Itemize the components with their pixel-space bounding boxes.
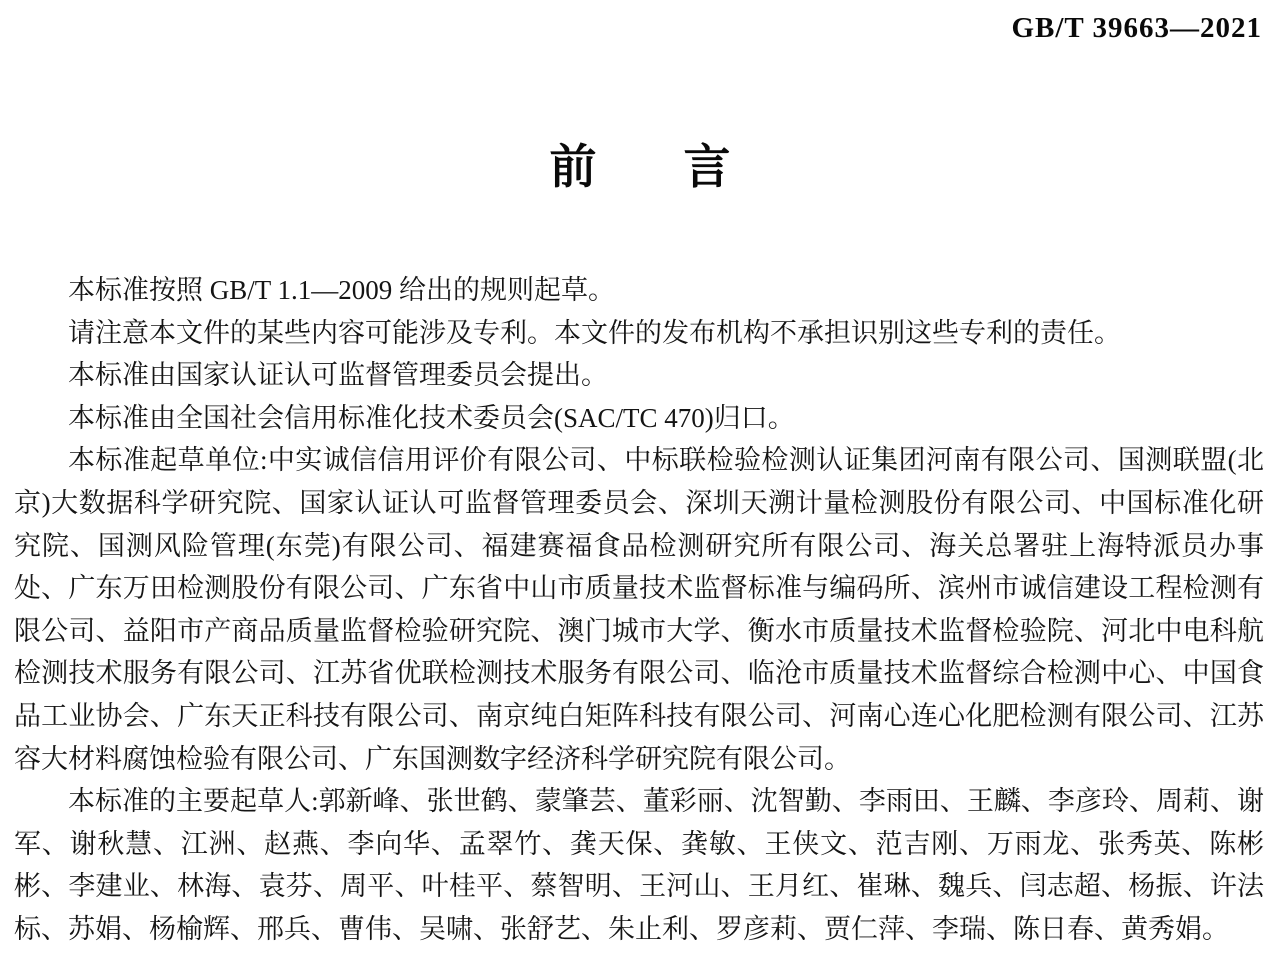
foreword-body: 本标准按照 GB/T 1.1—2009 给出的规则起草。 请注意本文件的某些内容…	[0, 269, 1280, 951]
standard-number-header: GB/T 39663—2021	[0, 0, 1280, 45]
paragraph-drafting-rules: 本标准按照 GB/T 1.1—2009 给出的规则起草。	[14, 269, 1264, 312]
standard-document-page: GB/T 39663—2021 前言 本标准按照 GB/T 1.1—2009 给…	[0, 0, 1280, 975]
paragraph-patent-notice: 请注意本文件的某些内容可能涉及专利。本文件的发布机构不承担识别这些专利的责任。	[14, 312, 1264, 355]
paragraph-drafting-organizations: 本标准起草单位:中实诚信信用评价有限公司、中标联检验检测认证集团河南有限公司、国…	[14, 439, 1264, 780]
foreword-title: 前言	[550, 137, 818, 197]
foreword-title-container: 前言	[0, 137, 1280, 197]
paragraph-proposed-by: 本标准由国家认证认可监督管理委员会提出。	[14, 354, 1264, 397]
paragraph-centralized-by: 本标准由全国社会信用标准化技术委员会(SAC/TC 470)归口。	[14, 397, 1264, 440]
paragraph-main-drafters: 本标准的主要起草人:郭新峰、张世鹤、蒙肇芸、董彩丽、沈智勤、李雨田、王麟、李彦玲…	[14, 780, 1264, 950]
